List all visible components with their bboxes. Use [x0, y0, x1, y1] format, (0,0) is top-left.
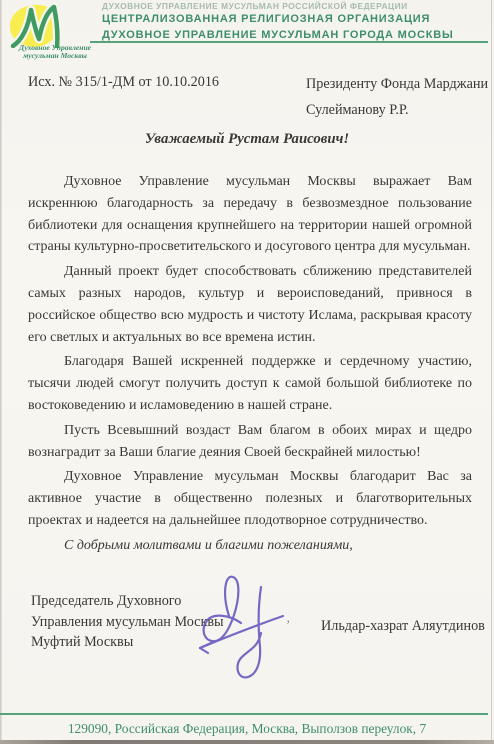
- scan-edge-bottom: [0, 740, 494, 744]
- salutation: Уважаемый Рустам Раисович!: [0, 131, 494, 148]
- handwritten-signature-icon: [183, 560, 303, 690]
- outgoing-ref-line: Исх. № 315/1-ДМ от 10.10.2016: [28, 74, 219, 91]
- paragraph-5: Духовное Управление мусульман Москвы бла…: [28, 466, 472, 531]
- valediction: С добрыми молитвами и благими пожеланиям…: [28, 535, 472, 557]
- org-type-line: ЦЕНТРАЛИЗОВАННАЯ РЕЛИГИОЗНАЯ ОРГАНИЗАЦИЯ: [102, 13, 494, 25]
- paragraph-1: Духовное Управление мусульман Москвы выр…: [28, 171, 472, 258]
- paragraph-2: Данный проект будет способствовать сближ…: [28, 261, 472, 348]
- paragraph-3: Благодаря Вашей искренней поддержке и се…: [28, 351, 472, 416]
- scan-edge-right: [491, 0, 492, 744]
- paragraph-4: Пусть Всевышний воздаст Вам благом в обо…: [28, 420, 472, 464]
- signer-name: Ильдар-хазрат Аляутдинов: [321, 618, 485, 635]
- footer-address: 129090, Российская Федерация, Москва, Вы…: [0, 721, 494, 737]
- header-divider: [90, 41, 488, 43]
- scan-edge-left: [0, 0, 2, 744]
- org-name-line: ДУХОВНОЕ УПРАВЛЕНИЕ МУСУЛЬМАН ГОРОДА МОС…: [102, 29, 494, 41]
- pen-mark: ’: [286, 617, 290, 633]
- letter-body: Духовное Управление мусульман Москвы выр…: [28, 171, 472, 560]
- addressee-block: Президенту Фонда Марджани Сулейманову Р.…: [306, 72, 488, 123]
- footer-divider: [0, 713, 488, 715]
- letterhead-org-block: ДУХОВНОЕ УПРАВЛЕНИЕ МУСУЛЬМАН РОССИЙСКОЙ…: [102, 1, 494, 41]
- addressee-title: Президенту Фонда Марджани: [306, 72, 488, 98]
- addressee-name: Сулейманову Р.Р.: [306, 98, 488, 124]
- logo-caption: Духовное Управление мусульман Москвы: [0, 44, 110, 60]
- scanned-letter-page: Духовное Управление мусульман Москвы ДУХ…: [0, 0, 494, 744]
- org-parent-name: ДУХОВНОЕ УПРАВЛЕНИЕ МУСУЛЬМАН РОССИЙСКОЙ…: [102, 1, 494, 11]
- logo-caption-line2: мусульман Москвы: [0, 52, 110, 60]
